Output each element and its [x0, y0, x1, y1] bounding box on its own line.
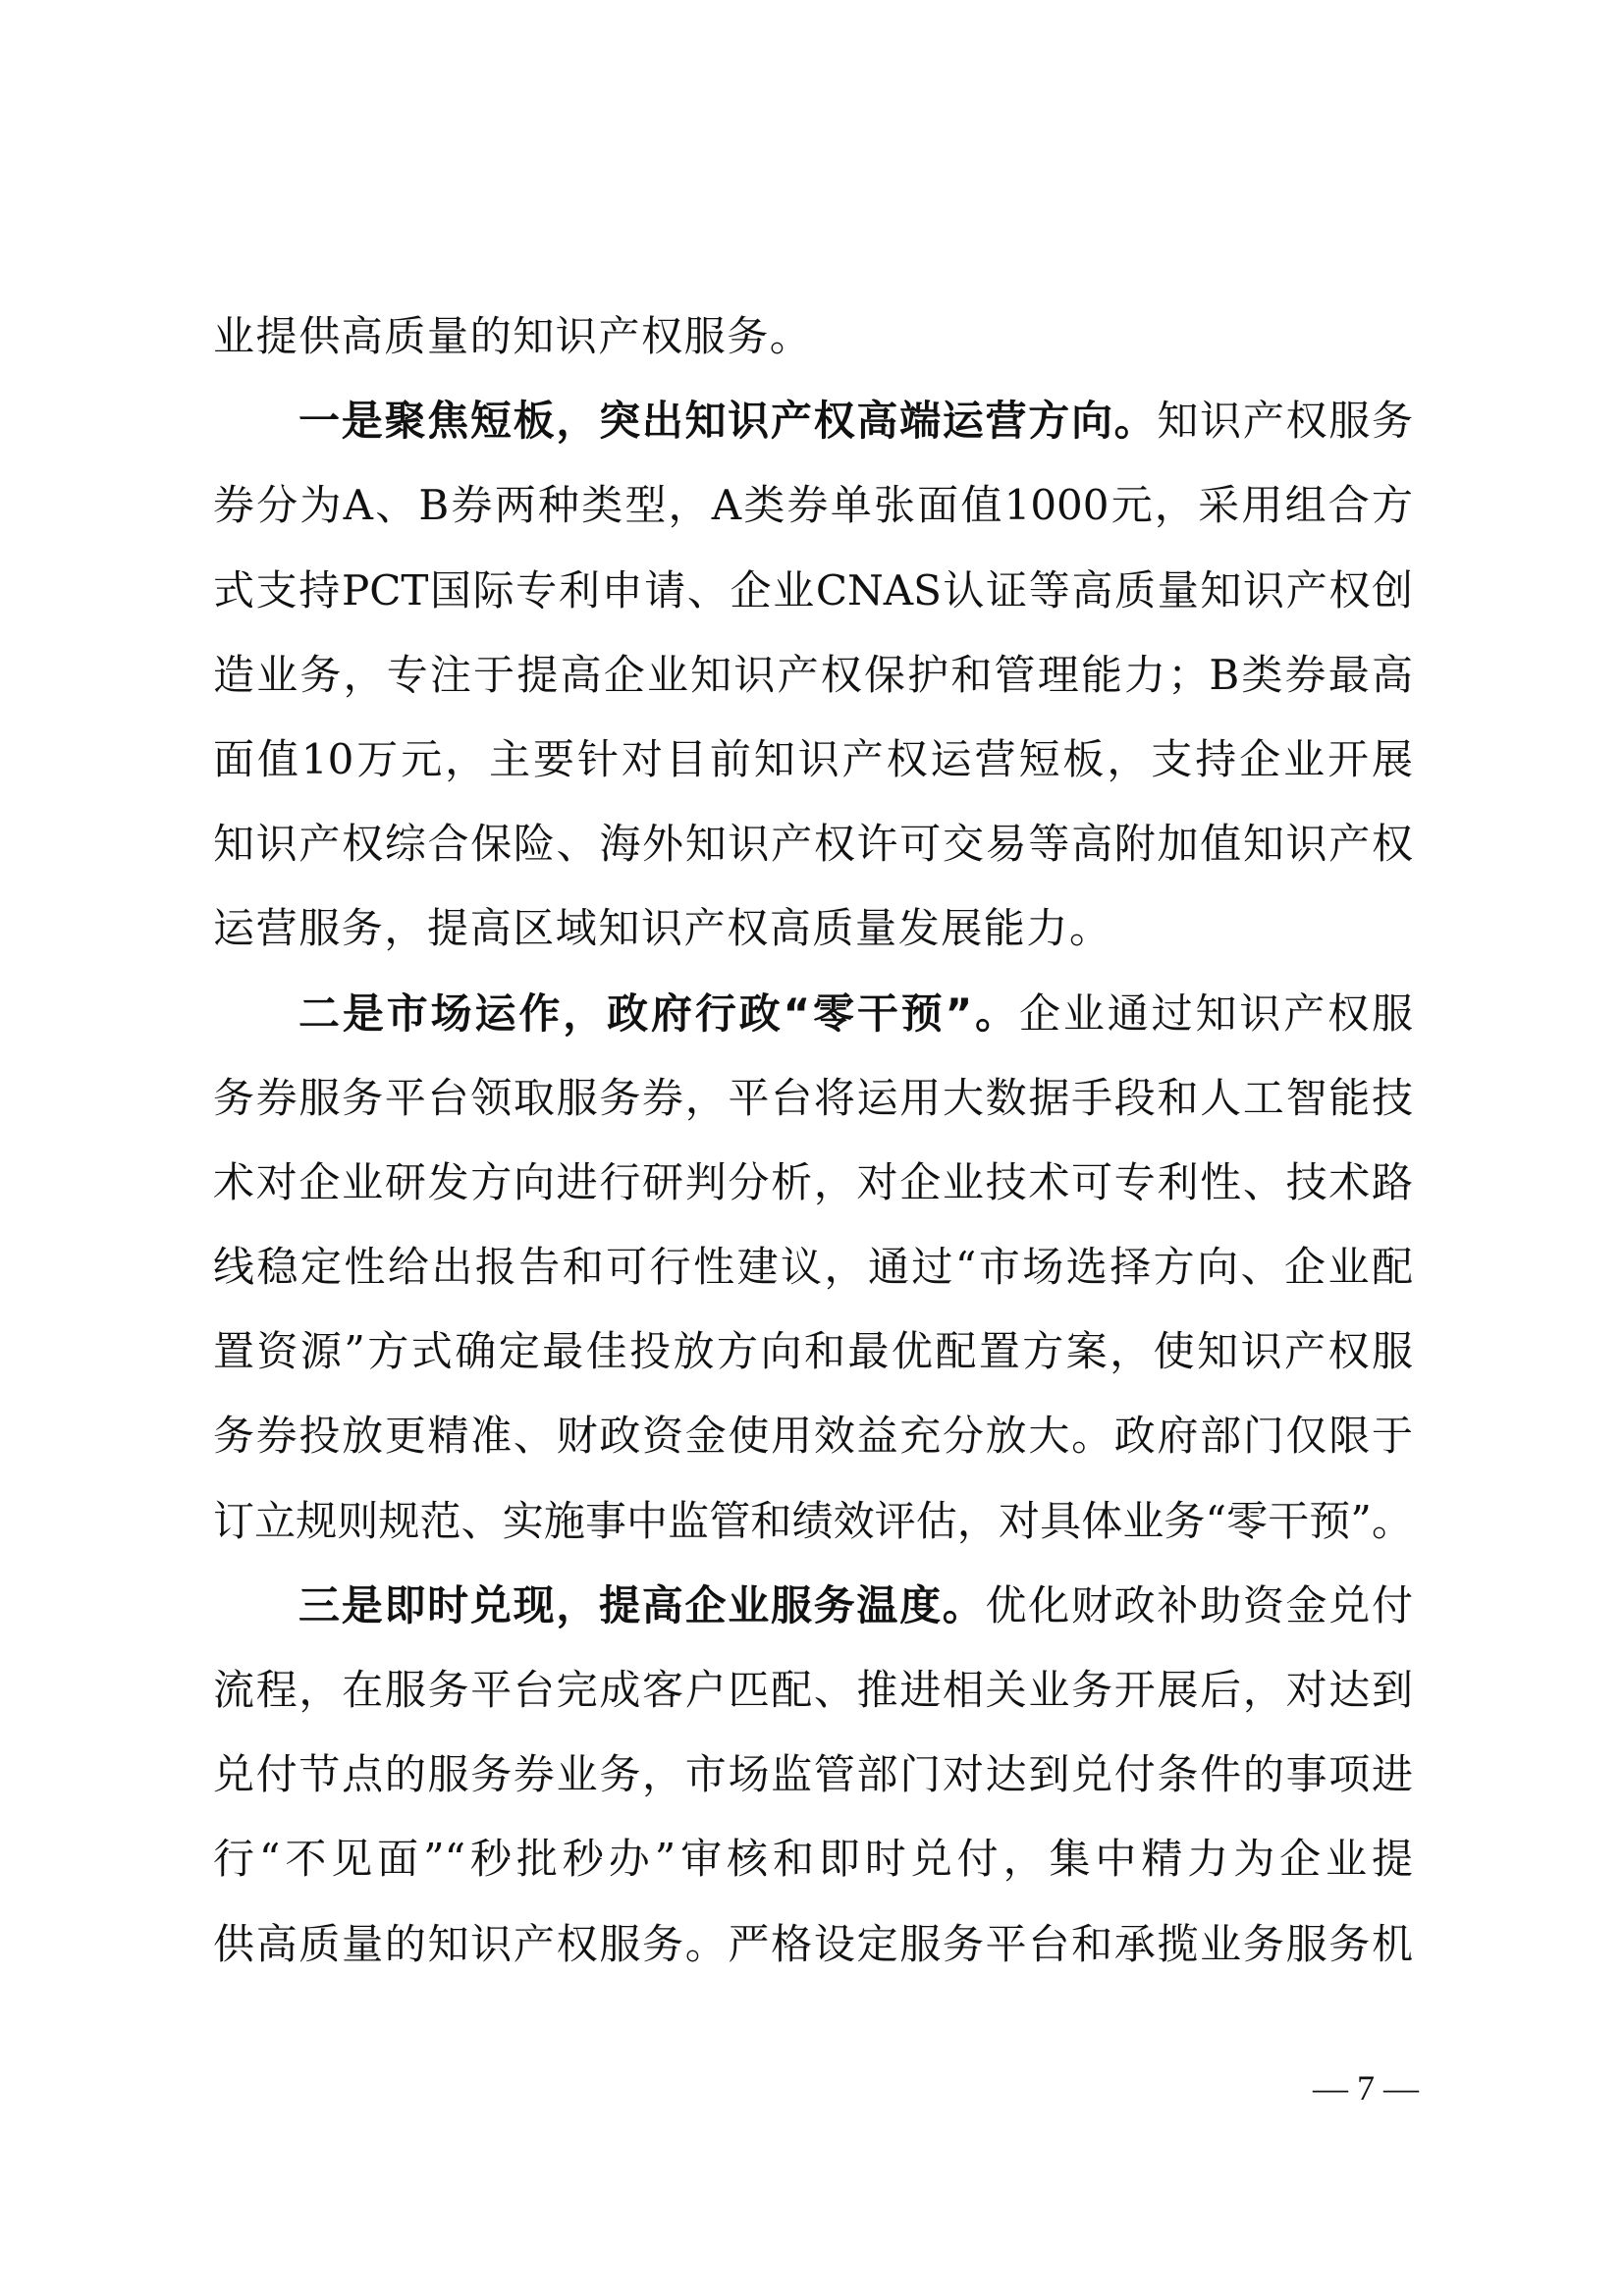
section-heading-line: 三是即时兑现，提高企业服务温度。优化财政补助资金兑付 — [213, 1575, 1413, 1660]
line-text: 式支持PCT国际专利申请、企业CNAS认证等高质量知识产权创 — [213, 566, 1413, 614]
section-heading-line: 二是市场运作，政府行政“零干预”。企业通过知识产权服 — [213, 984, 1413, 1068]
text-line: 兑付节点的服务券业务，市场监管部门对达到兑付条件的事项进 — [213, 1744, 1413, 1829]
line-text: 造业务，专注于提高企业知识产权保护和管理能力；B类券最高 — [213, 651, 1413, 699]
body-text: 业提供高质量的知识产权服务。 一是聚焦短板，突出知识产权高端运营方向。知识产权服… — [213, 306, 1413, 1999]
text-line: 务券投放更精准、财政资金使用效益充分放大。政府部门仅限于 — [213, 1406, 1413, 1490]
text-line: 行“不见面”“秒批秒办”审核和即时兑付，集中精力为企业提 — [213, 1829, 1413, 1913]
text-line: 业提供高质量的知识产权服务。 — [213, 306, 1413, 391]
text-line: 线稳定性给出报告和可行性建议，通过“市场选择方向、企业配 — [213, 1237, 1413, 1321]
line-text: 供高质量的知识产权服务。严格设定服务平台和承揽业务服务机 — [213, 1920, 1413, 1968]
line-text: 订立规则规范、实施事中监管和绩效评估，对具体业务“零干预”。 — [213, 1497, 1413, 1545]
text-line: 流程，在服务平台完成客户匹配、推进相关业务开展后，对达到 — [213, 1660, 1413, 1744]
text-line: 运营服务，提高区域知识产权高质量发展能力。 — [213, 898, 1413, 983]
text-line: 供高质量的知识产权服务。严格设定服务平台和承揽业务服务机 — [213, 1914, 1413, 1999]
document-page: 业提供高质量的知识产权服务。 一是聚焦短板，突出知识产权高端运营方向。知识产权服… — [0, 0, 1624, 2296]
line-text: 券分为A、B券两种类型，A类券单张面值1000元，采用组合方 — [213, 481, 1413, 529]
line-text: 流程，在服务平台完成客户匹配、推进相关业务开展后，对达到 — [213, 1666, 1413, 1714]
line-text: 面值10万元，主要针对目前知识产权运营短板，支持企业开展 — [213, 735, 1413, 783]
section-heading-1: 一是聚焦短板，突出知识产权高端运营方向。 — [298, 397, 1157, 445]
line-text: 行“不见面”“秒批秒办”审核和即时兑付，集中精力为企业提 — [213, 1835, 1413, 1883]
section-heading-line: 一是聚焦短板，突出知识产权高端运营方向。知识产权服务 — [213, 391, 1413, 475]
text-line: 置资源”方式确定最佳投放方向和最优配置方案，使知识产权服 — [213, 1321, 1413, 1406]
line-text: 运营服务，提高区域知识产权高质量发展能力。 — [213, 904, 1112, 952]
section-heading-2: 二是市场运作，政府行政“零干预”。 — [298, 989, 1019, 1038]
line-text: 知识产权服务 — [1157, 397, 1413, 445]
line-text: 知识产权综合保险、海外知识产权许可交易等高附加值知识产权 — [213, 820, 1413, 868]
section-heading-3: 三是即时兑现，提高企业服务温度。 — [298, 1581, 986, 1629]
line-text: 术对企业研发方向进行研判分析，对企业技术可专利性、技术路 — [213, 1158, 1413, 1206]
line-text: 务券投放更精准、财政资金使用效益充分放大。政府部门仅限于 — [213, 1412, 1413, 1460]
text-line: 知识产权综合保险、海外知识产权许可交易等高附加值知识产权 — [213, 814, 1413, 898]
line-text: 企业通过知识产权服 — [1019, 989, 1413, 1038]
text-line: 术对企业研发方向进行研判分析，对企业技术可专利性、技术路 — [213, 1152, 1413, 1237]
line-text: 兑付节点的服务券业务，市场监管部门对达到兑付条件的事项进 — [213, 1750, 1413, 1798]
line-text: 务券服务平台领取服务券，平台将运用大数据手段和人工智能技 — [213, 1074, 1413, 1122]
text-line: 订立规则规范、实施事中监管和绩效评估，对具体业务“零干预”。 — [213, 1491, 1413, 1575]
line-text: 优化财政补助资金兑付 — [986, 1581, 1413, 1629]
page-number: — 7 — — [1276, 2067, 1419, 2109]
text-line: 造业务，专注于提高企业知识产权保护和管理能力；B类券最高 — [213, 645, 1413, 729]
text-line: 务券服务平台领取服务券，平台将运用大数据手段和人工智能技 — [213, 1068, 1413, 1152]
text-line: 式支持PCT国际专利申请、企业CNAS认证等高质量知识产权创 — [213, 561, 1413, 645]
line-text: 置资源”方式确定最佳投放方向和最优配置方案，使知识产权服 — [213, 1327, 1413, 1375]
text-line: 券分为A、B券两种类型，A类券单张面值1000元，采用组合方 — [213, 475, 1413, 560]
line-text: 业提供高质量的知识产权服务。 — [213, 312, 812, 360]
line-text: 线稳定性给出报告和可行性建议，通过“市场选择方向、企业配 — [213, 1243, 1413, 1291]
text-line: 面值10万元，主要针对目前知识产权运营短板，支持企业开展 — [213, 729, 1413, 814]
